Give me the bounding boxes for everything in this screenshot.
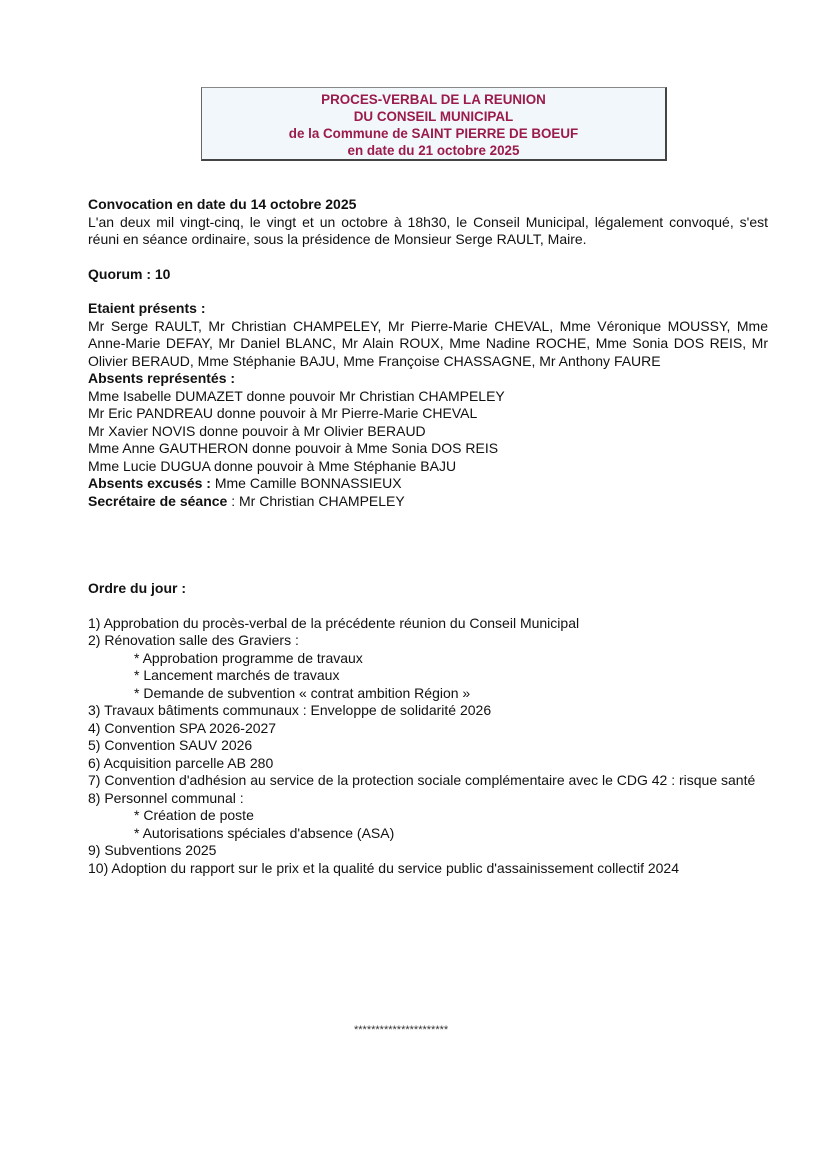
document-title-box: PROCES-VERBAL DE LA REUNION DU CONSEIL M… [201, 87, 667, 161]
agenda-subitem: * Création de poste [88, 807, 768, 825]
agenda-subitem: * Autorisations spéciales d'absence (ASA… [88, 825, 768, 843]
agenda-item: 1) Approbation du procès-verbal de la pr… [88, 615, 768, 633]
presents-list: Mr Serge RAULT, Mr Christian CHAMPELEY, … [88, 318, 768, 371]
absent-represente-item: Mme Isabelle DUMAZET donne pouvoir Mr Ch… [88, 388, 768, 406]
agenda-item: 9) Subventions 2025 [88, 842, 768, 860]
absents-excuses: Absents excusés : Mme Camille BONNASSIEU… [88, 475, 768, 493]
absent-represente-item: Mr Eric PANDREAU donne pouvoir à Mr Pier… [88, 405, 768, 423]
agenda-item: 3) Travaux bâtiments communaux : Envelop… [88, 702, 768, 720]
absents-representes-list: Mme Isabelle DUMAZET donne pouvoir Mr Ch… [88, 388, 768, 476]
separator: ********************** [354, 1024, 448, 1036]
agenda-item: 2) Rénovation salle des Graviers : [88, 632, 768, 650]
title-line: de la Commune de SAINT PIERRE DE BOEUF [202, 125, 665, 142]
absent-represente-item: Mr Xavier NOVIS donne pouvoir à Mr Olivi… [88, 423, 768, 441]
agenda-item: 10) Adoption du rapport sur le prix et l… [88, 860, 768, 878]
agenda-item: 6) Acquisition parcelle AB 280 [88, 755, 768, 773]
agenda-item: 5) Convention SAUV 2026 [88, 737, 768, 755]
agenda-item: 4) Convention SPA 2026-2027 [88, 720, 768, 738]
ordre-du-jour-heading: Ordre du jour : [88, 580, 768, 598]
title-line: en date du 21 octobre 2025 [202, 142, 665, 159]
absents-representes-heading: Absents représentés : [88, 370, 768, 388]
ordre-du-jour-list: 1) Approbation du procès-verbal de la pr… [88, 615, 768, 878]
convocation-text: L'an deux mil vingt-cinq, le vingt et un… [88, 214, 768, 249]
title-line: DU CONSEIL MUNICIPAL [202, 108, 665, 125]
absent-represente-item: Mme Anne GAUTHERON donne pouvoir à Mme S… [88, 440, 768, 458]
agenda-subitem: * Approbation programme de travaux [88, 650, 768, 668]
secretaire-seance: Secrétaire de séance : Mr Christian CHAM… [88, 493, 768, 511]
absent-represente-item: Mme Lucie DUGUA donne pouvoir à Mme Stép… [88, 458, 768, 476]
convocation-heading: Convocation en date du 14 octobre 2025 [88, 196, 768, 214]
agenda-item: 8) Personnel communal : [88, 790, 768, 808]
presents-heading: Etaient présents : [88, 300, 768, 318]
agenda-subitem: * Demande de subvention « contrat ambiti… [88, 685, 768, 703]
document-body: Convocation en date du 14 octobre 2025 L… [88, 196, 768, 877]
agenda-subitem: * Lancement marchés de travaux [88, 667, 768, 685]
title-line: PROCES-VERBAL DE LA REUNION [202, 91, 665, 108]
agenda-item: 7) Convention d'adhésion au service de l… [88, 772, 768, 790]
quorum: Quorum : 10 [88, 266, 768, 284]
